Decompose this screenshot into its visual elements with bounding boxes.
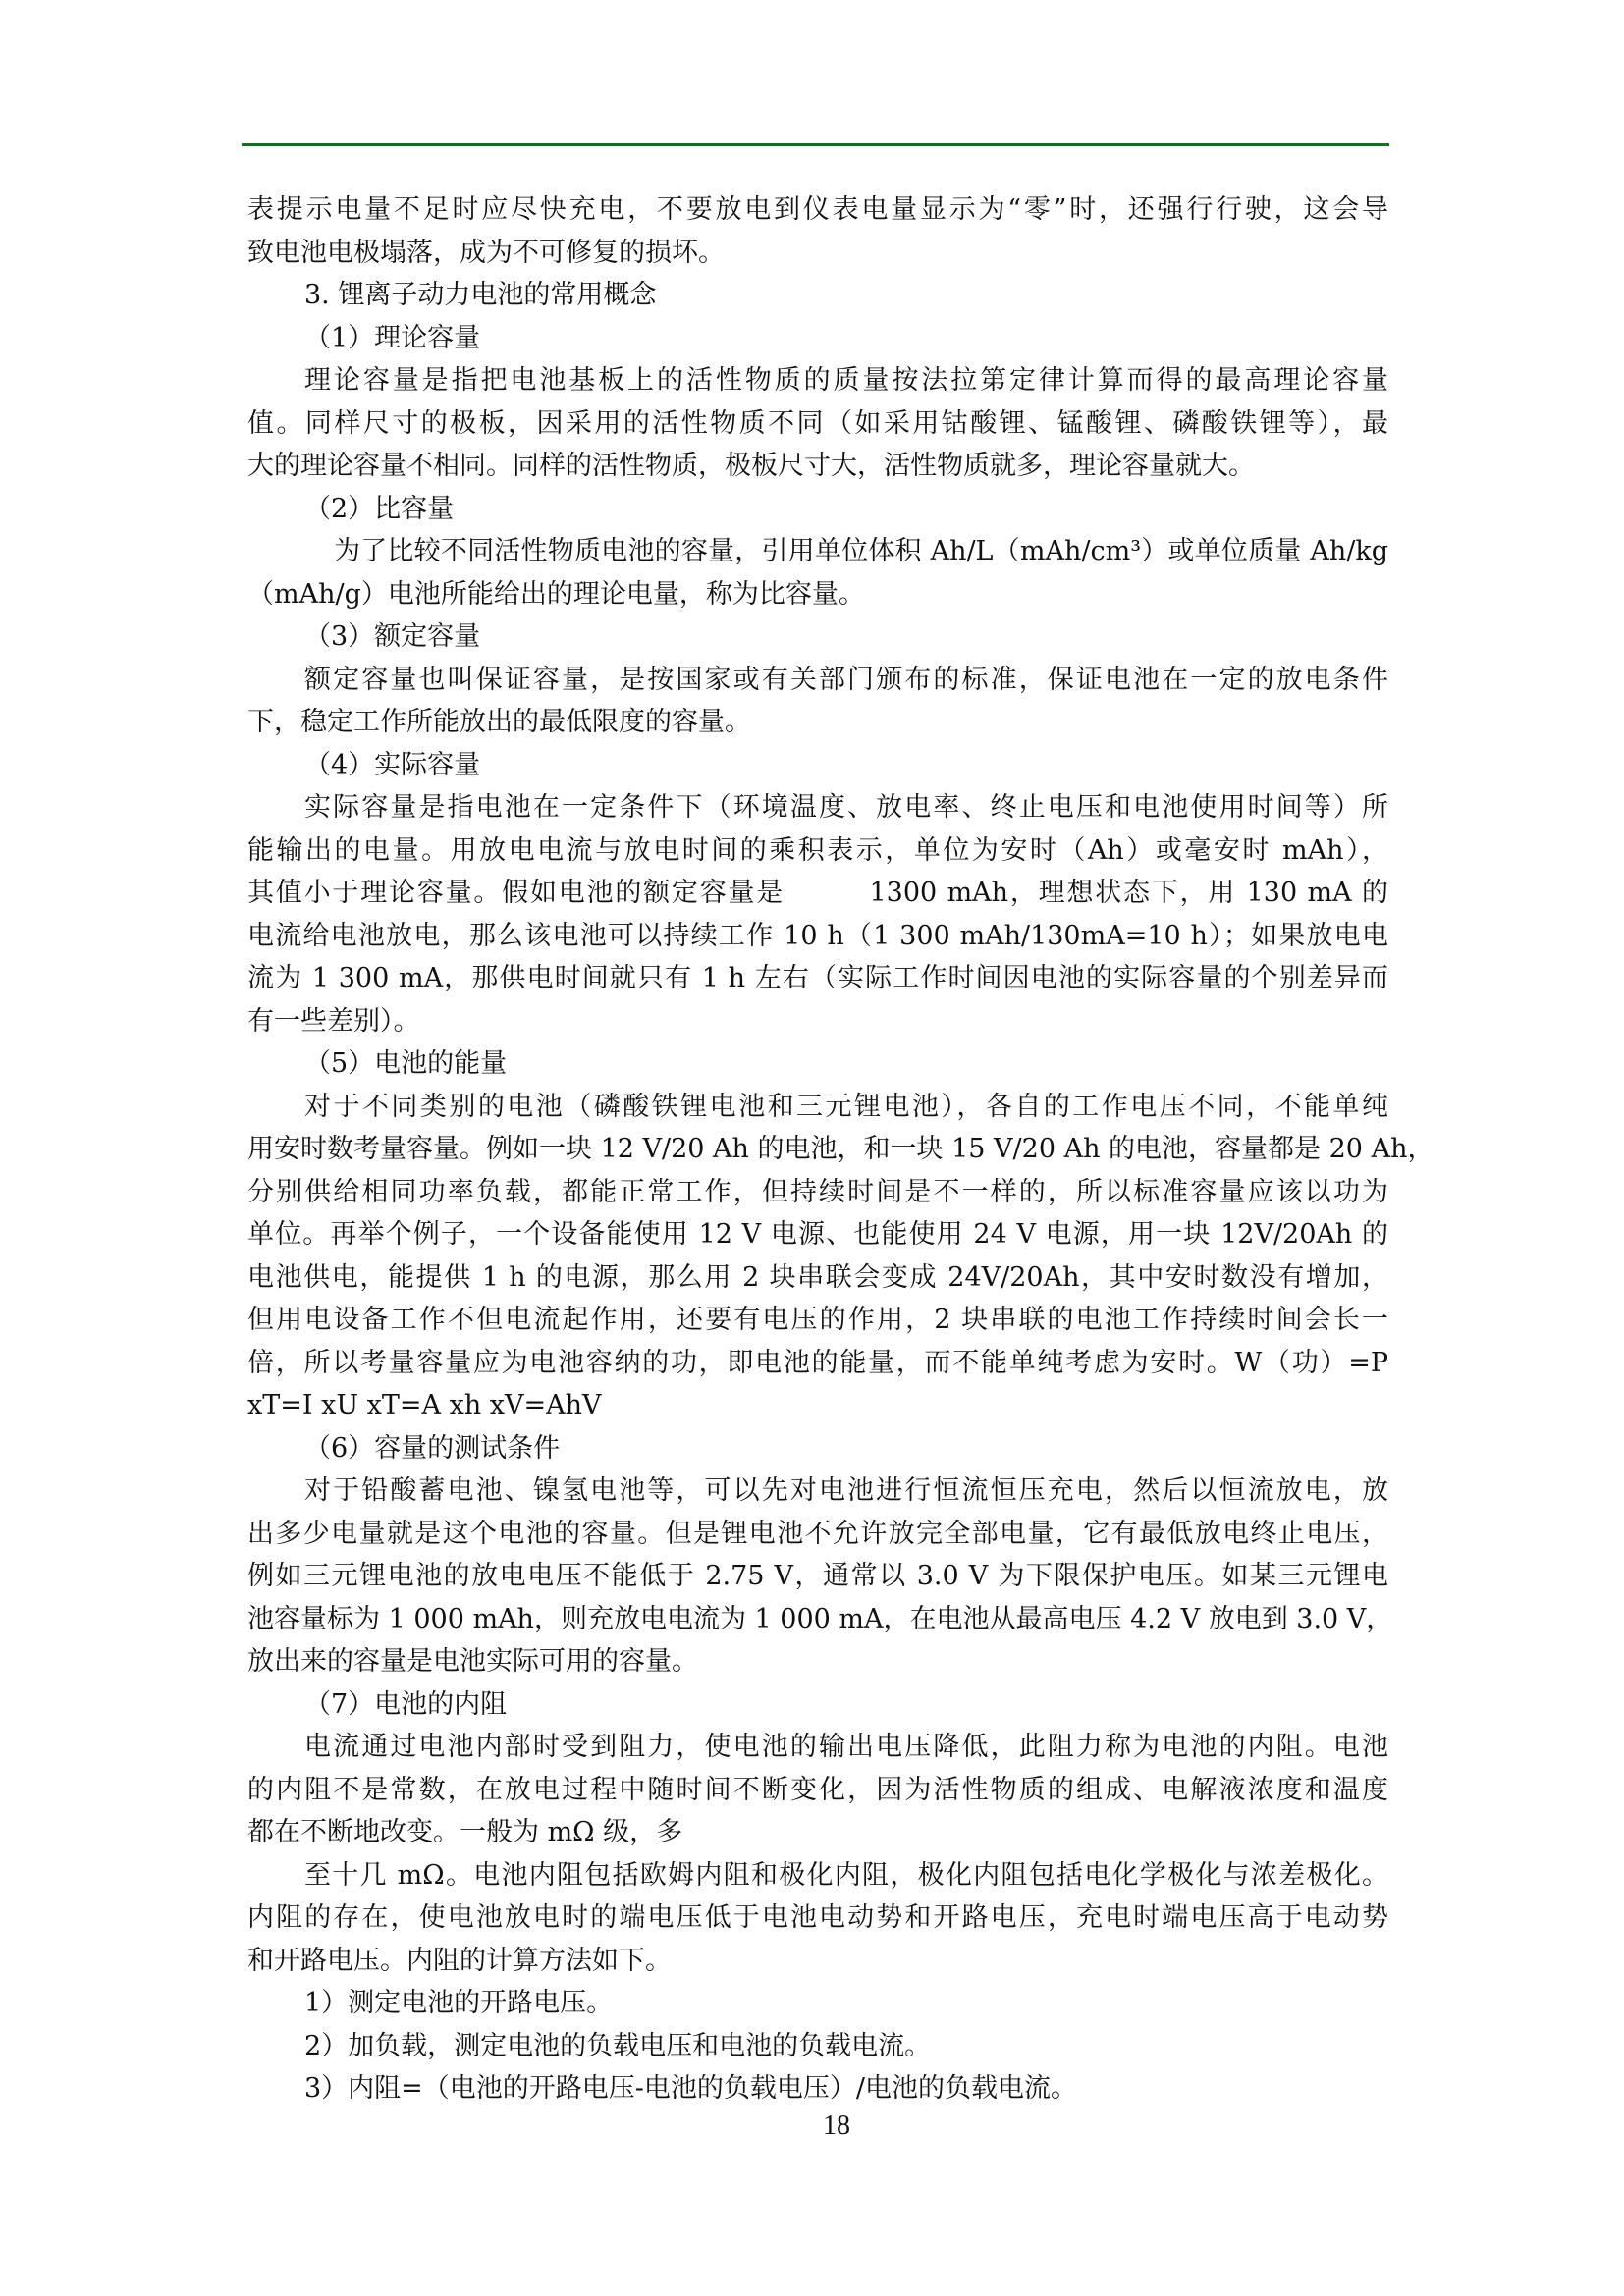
document-page: 表提示电量不足时应尽快充电，不要放电到仪表电量显示为“零”时，还强行行驶，这会导… bbox=[0, 0, 1624, 2296]
paragraph-line: 额定容量也叫保证容量，是按国家或有关部门颁布的标准，保证电池在一定的放电条件 bbox=[247, 659, 1388, 702]
paragraph-line: 至十几 mΩ。电池内阻包括欧姆内阻和极化内阻，极化内阻包括电化学极化与浓差极化。 bbox=[247, 1854, 1388, 1897]
subsection-heading-internal-resistance: （7）电池的内阻 bbox=[247, 1683, 1388, 1727]
paragraph-line: 值。同样尺寸的极板，因采用的活性物质不同（如采用钴酸锂、锰酸锂、磷酸铁锂等），最 bbox=[247, 402, 1388, 446]
subsection-heading-battery-energy: （5）电池的能量 bbox=[247, 1042, 1388, 1086]
paragraph-line: 出多少电量就是这个电池的容量。但是锂电池不允许放完全部电量，它有最低放电终止电压… bbox=[247, 1513, 1388, 1556]
paragraph-line: 表提示电量不足时应尽快充电，不要放电到仪表电量显示为“零”时，还强行行驶，这会导 bbox=[247, 188, 1388, 232]
list-item: 1）测定电池的开路电压。 bbox=[247, 1982, 1388, 2025]
paragraph-line: 分别供给相同功率负载，都能正常工作，但持续时间是不一样的，所以标准容量应该以功为 bbox=[247, 1171, 1388, 1214]
list-item: 3）内阻=（电池的开路电压-电池的负载电压）/电池的负载电流。 bbox=[247, 2067, 1388, 2110]
paragraph-line: 流为 1 300 mA，那供电时间就只有 1 h 左右（实际工作时间因电池的实际… bbox=[247, 957, 1388, 1000]
paragraph-line: 的内阻不是常数，在放电过程中随时间不断变化，因为活性物质的组成、电解液浓度和温度 bbox=[247, 1769, 1388, 1812]
paragraph-line: 为了比较不同活性物质电池的容量，引用单位体积 Ah/L（mAh/cm³）或单位质… bbox=[247, 530, 1388, 573]
paragraph-line: 对于铅酸蓄电池、镍氢电池等，可以先对电池进行恒流恒压充电，然后以恒流放电，放 bbox=[247, 1469, 1388, 1513]
paragraph-line: 理论容量是指把电池基板上的活性物质的质量按法拉第定律计算而得的最高理论容量 bbox=[247, 359, 1388, 402]
subsection-heading-test-conditions: （6）容量的测试条件 bbox=[247, 1427, 1388, 1470]
paragraph-line: 实际容量是指电池在一定条件下（环境温度、放电率、终止电压和电池使用时间等）所 bbox=[247, 786, 1388, 829]
paragraph-line: 但用电设备工作不但电流起作用，还要有电压的作用，2 块串联的电池工作持续时间会长… bbox=[247, 1299, 1388, 1342]
paragraph-line: 能输出的电量。用放电电流与放电时间的乘积表示，单位为安时（Ah）或毫安时 mAh… bbox=[247, 829, 1388, 873]
page-number: 18 bbox=[0, 2110, 1624, 2142]
header-rule bbox=[242, 143, 1389, 146]
paragraph-line: 池容量标为 1 000 mAh，则充放电电流为 1 000 mA，在电池从最高电… bbox=[247, 1598, 1388, 1641]
paragraph-line: 有一些差别）。 bbox=[247, 1000, 1388, 1043]
paragraph-line: （mAh/g）电池所能给出的理论电量，称为比容量。 bbox=[247, 573, 1388, 616]
paragraph-line: 都在不断地改变。一般为 mΩ 级，多 bbox=[247, 1811, 1388, 1854]
paragraph-line: 电流给电池放电，那么该电池可以持续工作 10 h（1 300 mAh/130mA… bbox=[247, 915, 1388, 958]
list-item: 2）加负载，测定电池的负载电压和电池的负载电流。 bbox=[247, 2025, 1388, 2068]
paragraph-line: 下，稳定工作所能放出的最低限度的容量。 bbox=[247, 701, 1388, 744]
subsection-heading-theoretical-capacity: （1）理论容量 bbox=[247, 317, 1388, 360]
body-text: 表提示电量不足时应尽快充电，不要放电到仪表电量显示为“零”时，还强行行驶，这会导… bbox=[247, 188, 1388, 2110]
paragraph-line: 大的理论容量不相同。同样的活性物质，极板尺寸大，活性物质就多，理论容量就大。 bbox=[247, 445, 1388, 488]
paragraph-line: 电流通过电池内部时受到阻力，使电池的输出电压降低，此阻力称为电池的内阻。电池 bbox=[247, 1726, 1388, 1769]
paragraph-line: 和开路电压。内阻的计算方法如下。 bbox=[247, 1940, 1388, 1983]
paragraph-line: 放出来的容量是电池实际可用的容量。 bbox=[247, 1640, 1388, 1683]
subsection-heading-specific-capacity: （2）比容量 bbox=[247, 488, 1388, 531]
paragraph-line: 致电池电极塌落，成为不可修复的损坏。 bbox=[247, 232, 1388, 275]
paragraph-line: 例如三元锂电池的放电电压不能低于 2.75 V，通常以 3.0 V 为下限保护电… bbox=[247, 1555, 1388, 1598]
formula-line: xT=I xU xT=A xh xV=AhV bbox=[247, 1384, 1388, 1427]
paragraph-line: 对于不同类别的电池（磷酸铁锂电池和三元锂电池），各自的工作电压不同，不能单纯 bbox=[247, 1086, 1388, 1129]
paragraph-line: 电池供电，能提供 1 h 的电源，那么用 2 块串联会变成 24V/20Ah，其… bbox=[247, 1256, 1388, 1300]
paragraph-line: 倍，所以考量容量应为电池容纳的功，即电池的能量，而不能单纯考虑为安时。W（功）=… bbox=[247, 1342, 1388, 1385]
paragraph-line: 用安时数考量容量。例如一块 12 V/20 Ah 的电池，和一块 15 V/20… bbox=[247, 1128, 1388, 1171]
section-heading: 3. 锂离子动力电池的常用概念 bbox=[247, 274, 1388, 317]
paragraph-line: 内阻的存在，使电池放电时的端电压低于电池电动势和开路电压，充电时端电压高于电动势 bbox=[247, 1896, 1388, 1940]
subsection-heading-rated-capacity: （3）额定容量 bbox=[247, 615, 1388, 659]
paragraph-line: 单位。再举个例子，一个设备能使用 12 V 电源、也能使用 24 V 电源，用一… bbox=[247, 1213, 1388, 1256]
subsection-heading-actual-capacity: （4）实际容量 bbox=[247, 744, 1388, 787]
paragraph-line: 其值小于理论容量。假如电池的额定容量是 1300 mAh，理想状态下，用 130… bbox=[247, 872, 1388, 915]
